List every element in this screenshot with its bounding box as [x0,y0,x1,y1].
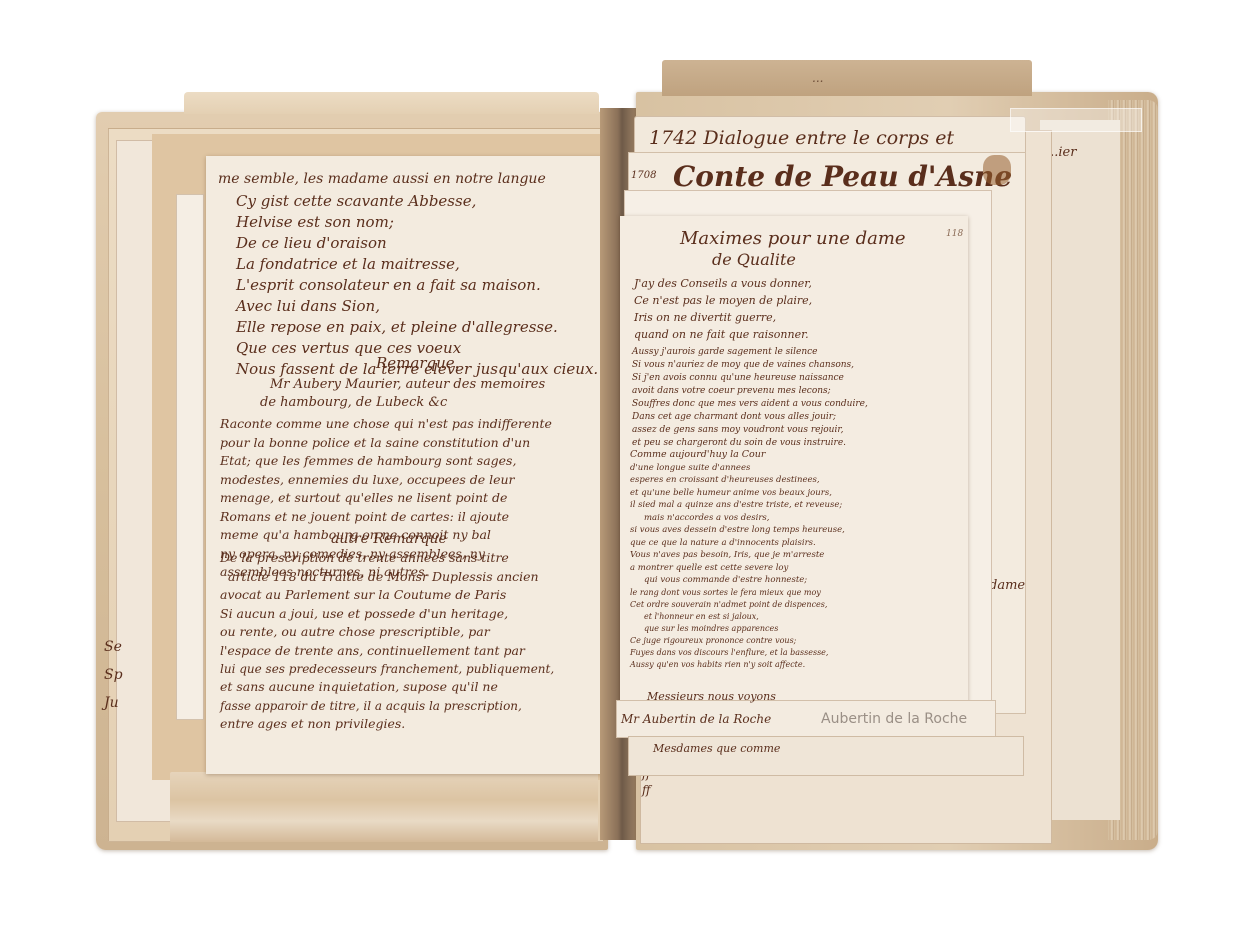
left-narrow-slip [176,194,204,720]
right-outer-leaf: ...ier [1040,120,1120,820]
left-main-page: me semble, les madame aussi en notre lan… [206,156,614,774]
line-above-signature: Messieurs nous voyons [647,691,776,702]
stanza-1: J'ay des Conseils a vous donner, Ce n'es… [634,278,964,340]
remarque-block: Mr Aubery Maurier, auteur des memoires d… [220,378,610,579]
handwritten-signature: Mr Aubertin de la Roche [621,713,771,725]
clear-tape [1010,108,1142,132]
line-below-signature: Mesdames que comme [653,743,780,754]
brown-stain [983,155,1011,185]
margin-word-dame: dame [989,579,1025,592]
epitaph-block: Cy gist cette scavante Abbesse, Helvise … [236,194,606,377]
pencil-signature: Aubertin de la Roche [821,712,967,726]
autre-remarque-heading: autre Remarque [331,532,447,546]
peau-dasne-date: 1708 [631,171,656,181]
right-torn-top-strip: ... [662,60,1032,96]
maximes-title-2: de Qualite [712,252,796,268]
autre-remarque-block: De la prescription de trente annees sans… [220,552,610,730]
left-margin-fragment-text: Se Sp Ju [104,620,154,840]
leaf-number: 118 [946,230,963,239]
left-header-line: me semble, les madame aussi en notre lan… [218,172,610,186]
maximes-title-1: Maximes pour une dame [680,230,906,248]
dialogue-strip-title: 1742 Dialogue entre le corps et [649,129,954,148]
below-signature-slip: Mesdames que comme [628,736,1024,776]
left-torn-sheet-top [184,92,599,114]
stanza-2: Aussy j'aurois garde sagement le silence… [632,348,966,448]
maximes-page: 118 Maximes pour une dame de Qualite J'a… [620,216,968,710]
right-bottom-margin-notes: ff ff [642,768,682,838]
stanza-3: Comme aujourd'huy la Cour d'une longue s… [630,450,966,669]
signature-strip: Messieurs nous voyons Mr Aubertin de la … [616,700,996,738]
left-bottom-folds [170,772,598,842]
remarque-heading: Remarque. [376,356,459,371]
peau-dasne-title: Conte de Peau d'Asne [673,163,1012,191]
